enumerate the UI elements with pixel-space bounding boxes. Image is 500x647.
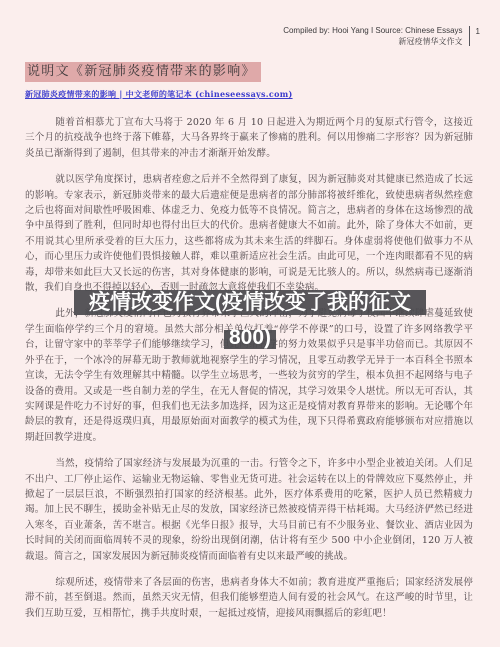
- essay-title-highlight: 说明文《新冠肺炎疫情带来的影响》: [25, 62, 261, 82]
- essay-body: 随着首相慕尤丁宣布大马将于 2020 年 6 月 10 日起进入为期近两个月的复…: [25, 115, 473, 621]
- source-link[interactable]: 新冠肺炎疫情带来的影响 | 中文老师的笔记本 (chineseessays.co…: [25, 89, 293, 100]
- page-number: 1: [470, 25, 480, 47]
- essay-paragraph: 随着首相慕尤丁宣布大马将于 2020 年 6 月 10 日起进入为期近两个月的复…: [25, 115, 473, 161]
- essay-paragraph: 综观所述，疫情带来了各层面的伤害，患病者身体大不如前；教育进度严重拖后；国家经济…: [25, 575, 473, 621]
- document-page: Compiled by: Hooi Yang I Source: Chinese…: [0, 0, 500, 647]
- essay-paragraph: 当然，疫情给了国家经济与发展最为沉重的一击。行管令之下，许多中小型企业被迫关闭。…: [25, 456, 473, 564]
- header-text-block: Compiled by: Hooi Yang I Source: Chinese…: [283, 25, 468, 47]
- essay-title: 说明文《新冠肺炎疫情带来的影响》: [25, 60, 473, 82]
- essay-paragraph: 此外，新冠肺炎疫情同样也为教育界带来了巨大的冲击，为了避免病毒于校园中继续肆虐蔓…: [25, 306, 473, 445]
- essay-paragraph: 就以医学角度探讨，患病者痊愈之后并不全然得到了康复，因为新冠肺炎对其健康已然造成…: [25, 172, 473, 295]
- header-doc-title: 新冠疫情华文作文: [283, 36, 462, 47]
- compiled-by-line: Compiled by: Hooi Yang I Source: Chinese…: [283, 25, 462, 36]
- document-content: 说明文《新冠肺炎疫情带来的影响》 新冠肺炎疫情带来的影响 | 中文老师的笔记本 …: [0, 0, 500, 621]
- page-header: Compiled by: Hooi Yang I Source: Chinese…: [283, 25, 480, 47]
